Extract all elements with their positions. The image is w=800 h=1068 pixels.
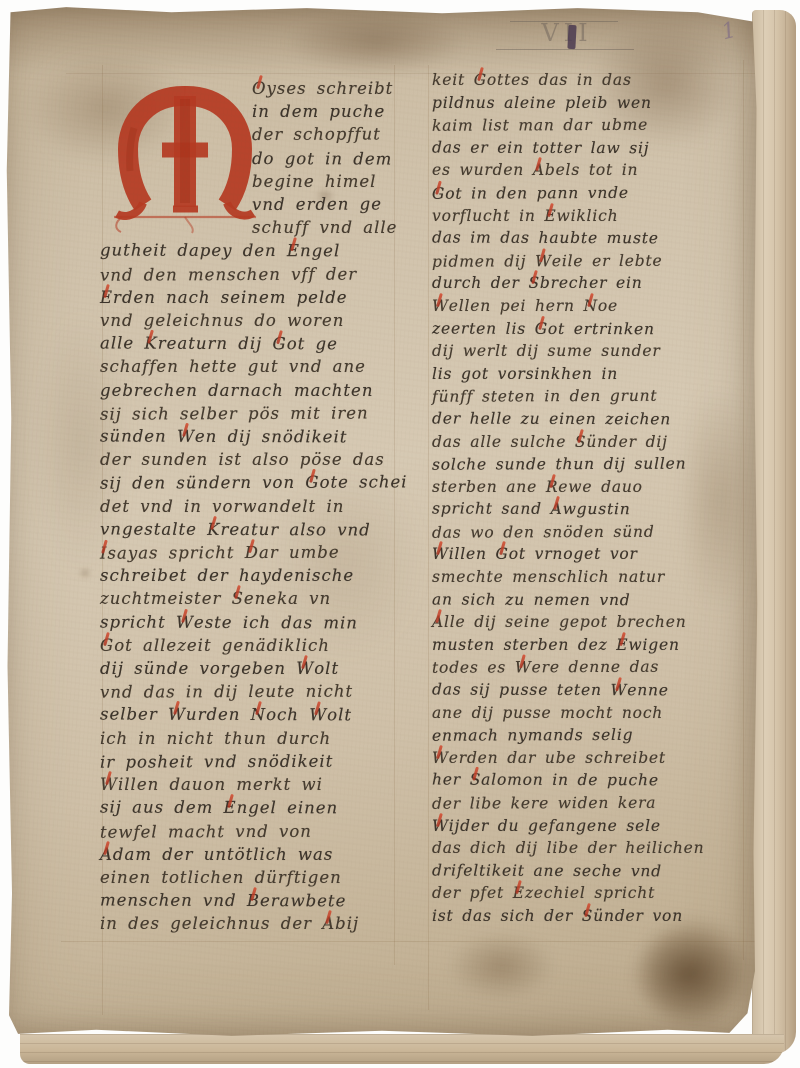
manuscript-line: vorflucht in Ewiklich — [432, 205, 752, 228]
manuscript-line: drifeltikeit ane seche vnd — [432, 859, 752, 883]
rubricated-letter: B — [247, 889, 260, 912]
manuscript-line: der pfet Ezechiel spricht — [432, 882, 752, 905]
manuscript-line: Werden dar ube schreibet — [432, 747, 752, 770]
manuscript-line: der sunden ist also pöse das — [100, 448, 398, 471]
manuscript-line: keit Gottes das in das — [432, 69, 752, 92]
manuscript-leaf: VII 1 M — [6, 5, 758, 1038]
manuscript-line: alle Kreaturn dij Got ge — [100, 332, 398, 356]
manuscript-line: Willen dauon merkt wi — [100, 773, 398, 796]
manuscript-line: Alle dij seine gepot brechen — [432, 611, 752, 634]
manuscript-line: Got in den pann vnde — [432, 181, 752, 205]
rubricated-letter: W — [177, 425, 195, 448]
manuscript-line: kaim list man dar ubme — [432, 113, 752, 137]
rubricated-letter: E — [616, 634, 628, 657]
rubricated-letter: S — [575, 431, 586, 454]
manuscript-line: Erden nach seinem pelde — [100, 286, 398, 309]
manuscript-line: vnd den menschen vff der — [100, 262, 398, 287]
manuscript-line: menschen vnd Berawbete — [100, 889, 398, 913]
manuscript-line: selber Wurden Noch Wolt — [100, 703, 398, 727]
manuscript-line: das alle sulche Sünder dij — [432, 431, 752, 454]
rubricated-letter: W — [432, 747, 449, 770]
manuscript-line: ich in nicht thun durch — [100, 727, 398, 750]
manuscript-line: in des geleichnus der Abij — [100, 912, 398, 935]
manuscript-line: Willen Got vrnoget vor — [432, 543, 752, 566]
manuscript-line: do got in dem — [100, 146, 398, 170]
manuscript-line: Isayas spricht Dar umbe — [100, 540, 398, 565]
rubricated-letter: O — [252, 77, 267, 100]
photo-frame: VII 1 M — [0, 0, 800, 1068]
manuscript-line: gebrechen darnach machten — [100, 379, 398, 402]
stain — [424, 917, 579, 1015]
manuscript-line: das er ein totter law sij — [432, 136, 752, 160]
rubricated-letter: W — [610, 679, 627, 702]
rubricated-letter: K — [144, 332, 157, 355]
manuscript-line: musten sterben dez Ewigen — [432, 634, 752, 657]
manuscript-line: sij den sündern von Gote schei — [100, 471, 398, 496]
rubricated-letter: E — [544, 205, 556, 228]
rubricated-letter: G — [496, 543, 509, 566]
folio-number-mark: VII — [492, 13, 642, 57]
stain — [0, 0, 768, 75]
rubricated-letter: N — [251, 703, 267, 726]
ink-stroke — [567, 25, 576, 49]
manuscript-line: das dich dij libe der heilichen — [432, 837, 752, 860]
ruling-line — [428, 65, 429, 1010]
rubricated-letter: N — [584, 295, 598, 318]
manuscript-line: spricht Weste ich das min — [100, 610, 398, 634]
manuscript-line: gutheit dapey den Engel — [100, 239, 398, 263]
manuscript-line: zeerten lis Got ertrinken — [432, 317, 752, 341]
manuscript-line: Got allezeit genädiklich — [100, 634, 398, 657]
manuscript-line: sünden Wen dij snödikeit — [100, 425, 398, 449]
rubricated-letter: A — [533, 159, 545, 182]
manuscript-line: das sij pusse teten Wenne — [432, 678, 752, 702]
manuscript-line: sij aus dem Engel einen — [100, 796, 398, 820]
rubricated-letter: E — [224, 796, 237, 819]
rubricated-letter: G — [474, 69, 487, 92]
manuscript-line: det vnd in vorwandelt in — [100, 495, 398, 518]
rubricated-letter: A — [100, 843, 113, 866]
rubricated-letter: I — [100, 542, 108, 565]
manuscript-line: der helle zu einen zeichen — [432, 407, 752, 431]
manuscript-line: Wellen pei hern Noe — [432, 295, 752, 318]
rubricated-letter: W — [176, 610, 194, 633]
rubricated-letter: E — [100, 286, 113, 309]
manuscript-line: spricht sand Awgustin — [432, 498, 752, 522]
rubricated-letter: G — [432, 183, 445, 206]
rubricated-letter: K — [207, 518, 220, 541]
rubricated-letter: R — [546, 476, 558, 499]
rubricated-letter: G — [100, 634, 114, 657]
rubricated-letter: W — [168, 703, 186, 726]
rubricated-letter: S — [528, 272, 539, 295]
manuscript-line: sterben ane Rewe dauo — [432, 476, 752, 499]
right-column-lines: keit Gottes das in daspildnus aleine ple… — [432, 69, 752, 928]
rubricated-letter: A — [322, 912, 335, 935]
rubricated-letter: A — [551, 498, 563, 521]
rubricated-letter: G — [272, 332, 286, 355]
text-column-right: keit Gottes das in daspildnus aleine ple… — [432, 69, 752, 928]
book-page-edges-bottom — [20, 1034, 784, 1064]
manuscript-line: der schopffut — [100, 123, 398, 148]
rubricated-letter: W — [296, 657, 314, 680]
manuscript-line: das im das haubte muste — [432, 227, 752, 251]
manuscript-line: tewfel macht vnd von — [100, 819, 398, 844]
manuscript-line: Wijder du gefangene sele — [432, 815, 752, 838]
rubricated-letter: W — [535, 250, 552, 273]
manuscript-line: an sich zu nemen vnd — [432, 588, 752, 612]
manuscript-line: pidmen dij Weile er lebte — [432, 249, 752, 273]
manuscript-line: pildnus aleine pleib wen — [432, 92, 752, 115]
rubricated-letter: W — [515, 657, 532, 680]
left-column-lines: Oyses schreibtin dem pucheder schopffutd… — [100, 77, 398, 936]
manuscript-line: fünff steten in den grunt — [432, 385, 752, 409]
manuscript-line: todes es Were denne das — [432, 656, 752, 680]
book-page-edges-right — [752, 10, 796, 1054]
manuscript-line: zuchtmeister Seneka vn — [100, 587, 398, 610]
rubricated-letter: E — [513, 882, 525, 905]
manuscript-line: einen totlichen dürftigen — [100, 866, 398, 889]
corner-numeral: 1 — [719, 18, 739, 46]
manuscript-line: enmach nymands selig — [432, 724, 752, 748]
manuscript-line: ane dij pusse mocht noch — [432, 702, 752, 725]
rubricated-letter: S — [232, 587, 244, 610]
manuscript-line: dij sünde vorgeben Wolt — [100, 657, 398, 680]
manuscript-line: durch der Sbrecher ein — [432, 272, 752, 295]
manuscript-line: es wurden Abels tot in — [432, 159, 752, 182]
manuscript-line: sij sich selber pös mit iren — [100, 401, 398, 426]
ruling-line — [61, 941, 756, 942]
manuscript-line: solche sunde thun dij sullen — [432, 452, 752, 476]
rubricated-letter: E — [287, 240, 300, 263]
manuscript-line: lis got vorsinkhen in — [432, 363, 752, 386]
rubricated-letter: W — [432, 295, 449, 318]
manuscript-line: Adam der untötlich was — [100, 843, 398, 866]
manuscript-line: der libe kere widen kera — [432, 791, 752, 815]
rubricated-letter: S — [470, 769, 482, 792]
rubricated-letter: W — [432, 543, 449, 566]
manuscript-line: vnd erden ge — [100, 192, 398, 217]
text-column-left: M — [100, 77, 398, 936]
rubricated-letter: A — [432, 611, 444, 634]
rubricated-letter: W — [432, 815, 449, 838]
manuscript-line: vnd geleichnus do woren — [100, 309, 398, 332]
rubricated-letter: D — [245, 541, 259, 564]
rubricated-letter: W — [309, 704, 327, 727]
rubricated-letter: W — [100, 773, 118, 796]
manuscript-line: ir posheit vnd snödikeit — [100, 749, 398, 774]
manuscript-line: her Salomon in de puche — [432, 769, 752, 793]
manuscript-line: vnd das in dij leute nicht — [100, 680, 398, 705]
manuscript-line: schreibet der haydenische — [100, 564, 398, 587]
rubricated-letter: S — [582, 905, 593, 928]
rubricated-letter: G — [535, 317, 548, 340]
manuscript-line: das wo den snöden sünd — [432, 520, 752, 544]
manuscript-line: ist das sich der Sünder von — [432, 905, 752, 928]
rubricated-letter: G — [305, 471, 319, 494]
manuscript-line: schaffen hette gut vnd ane — [100, 355, 398, 378]
manuscript-line: smechte menschlich natur — [432, 566, 752, 589]
manuscript-line: vngestalte Kreatur also vnd — [100, 517, 398, 541]
manuscript-line: dij werlt dij sume sunder — [432, 340, 752, 363]
stain — [76, 565, 94, 581]
